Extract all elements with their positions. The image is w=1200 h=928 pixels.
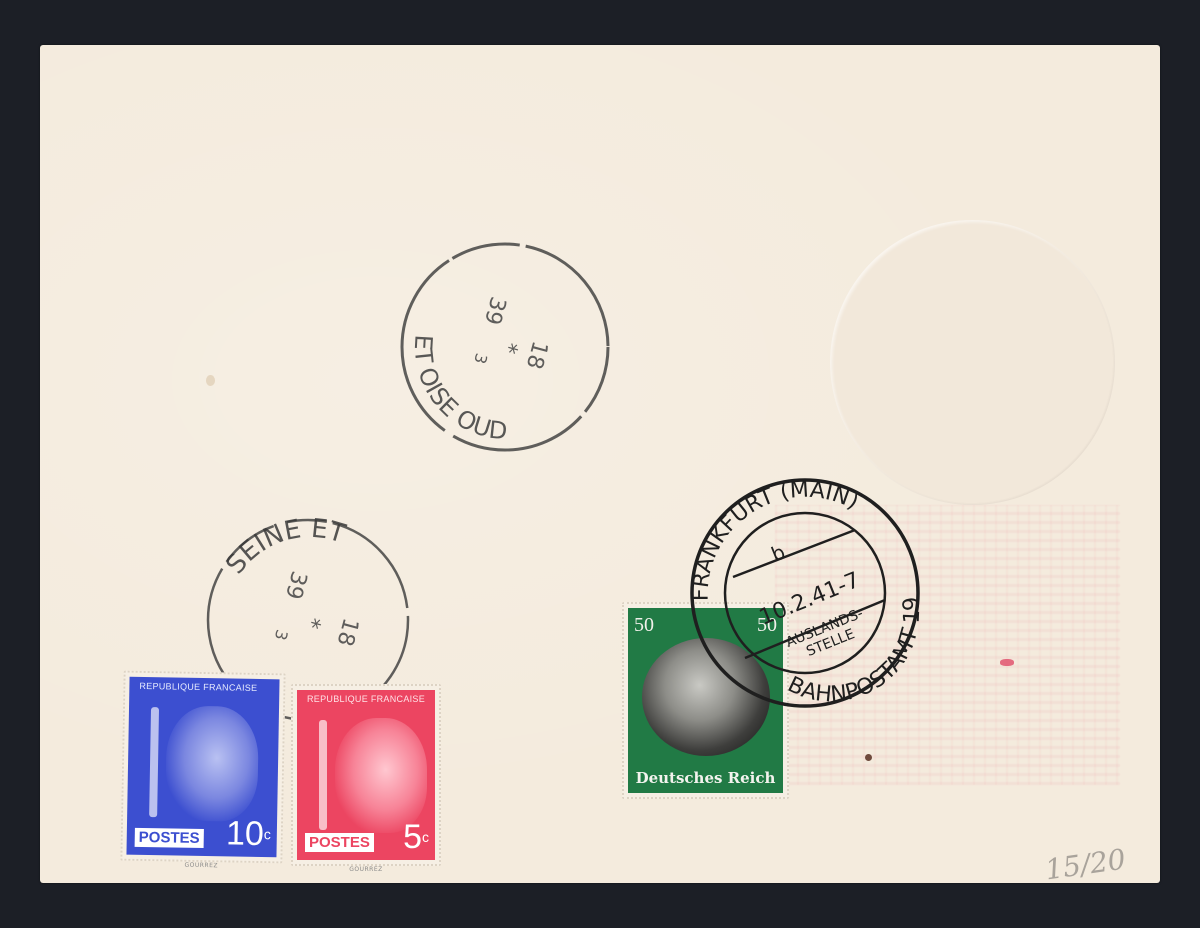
postmark-seine-et-oise-top: ET OISE OUD 18 * 3 39 (395, 235, 620, 460)
mercury-head-image (335, 718, 427, 833)
mercury-head-image (165, 705, 259, 822)
stamp-country-text: REPUBLIQUE FRANCAISE (139, 681, 257, 693)
svg-text:18: 18 (331, 615, 362, 649)
caduceus-icon (149, 707, 159, 817)
stamp-value: 5c (403, 820, 429, 854)
svg-text:*: * (495, 339, 522, 356)
svg-text:3: 3 (470, 351, 491, 366)
red-ink-spot (1000, 659, 1014, 666)
stamp-label: POSTES (135, 828, 204, 848)
stamp-france-5c: REPUBLIQUE FRANCAISE POSTES 5c GOURREZ (297, 690, 435, 860)
stamp-value-left: 50 (634, 614, 654, 637)
foxing-spot (865, 754, 872, 761)
svg-text:39: 39 (479, 294, 510, 328)
stamp-designer: GOURREZ (297, 866, 435, 873)
stamp-country-text: REPUBLIQUE FRANCAISE (307, 694, 425, 704)
caduceus-icon (319, 720, 327, 830)
stamp-country-text: Deutsches Reich (628, 769, 783, 787)
stamp-value: 10c (226, 816, 271, 851)
foxing-spot (206, 375, 215, 386)
pencil-annotation: 15/20 (1043, 843, 1128, 887)
svg-text:18: 18 (521, 338, 552, 372)
stamp-france-10c: REPUBLIQUE FRANCAISE POSTES 10c GOURREZ (126, 677, 279, 858)
postmark-frankfurt: FRANKFURT (MAIN) BAHNPOSTAMT 19 b 10.2.4… (685, 475, 925, 715)
stamp-label: POSTES (305, 833, 374, 852)
svg-text:39: 39 (280, 568, 311, 602)
svg-text:*: * (298, 614, 325, 631)
embossed-circle (830, 220, 1115, 505)
svg-text:3: 3 (271, 628, 292, 643)
